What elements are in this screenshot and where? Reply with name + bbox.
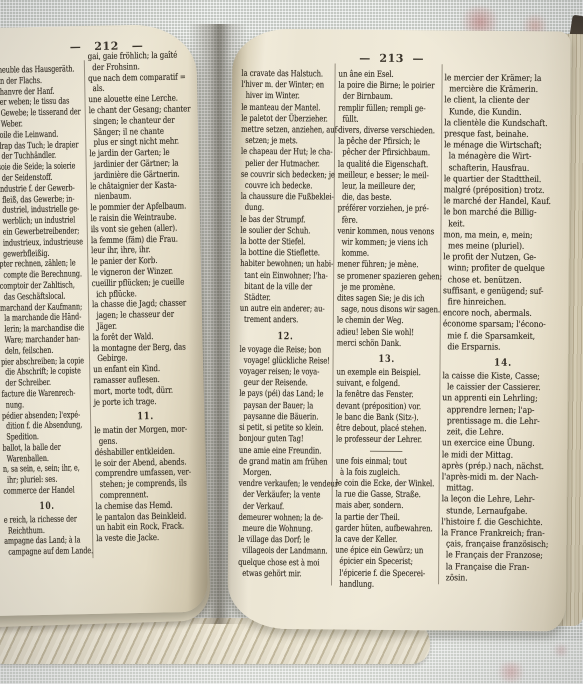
vocab-line: demeurer wohnen; la de- [238, 513, 330, 525]
section-rule [370, 450, 402, 452]
printed-text-layer: — 212 — meuble das Hausgeräth.lin der Fl… [0, 0, 583, 684]
vocab-line: une fois einmal; tout [336, 456, 437, 468]
vocab-line: voyage! glückliche Reise! [240, 356, 332, 368]
vocab-line: le Français der Franzose; [441, 551, 562, 563]
vocab-line: dung. [241, 203, 333, 215]
vocab-line: pêcher der Pfirsichbaum. [338, 148, 439, 160]
vocab-line: le manteau der Mantel. [241, 102, 333, 114]
vocab-line: villageois der Landmann. [238, 546, 330, 558]
vocab-line: meure die Wohnung. [238, 524, 330, 536]
vocab-line: le bon marché die Billig- [444, 208, 565, 220]
vocab-line: la Française die Fran- [441, 562, 562, 574]
vocab-line: bitant de la ville der [240, 282, 332, 294]
vocab-line: quelque chose est à moi [238, 557, 330, 569]
vocab-line: mie f. die Sparsamkeit, [443, 331, 564, 343]
vocab-line: le coin die Ecke, der Winkel. [336, 478, 437, 490]
vocab-line: suffisant, e genügend; suf- [443, 286, 564, 298]
vocab-line: prentissage m. die Lehr- [442, 416, 563, 428]
vocab-line: adieu! leben Sie wohl! [337, 327, 438, 339]
vocab-line: un apprenti ein Lehrling; [442, 394, 563, 406]
vocab-line: la fenêtre das Fenster. [336, 390, 437, 402]
vocab-line: couvre ich bedecke. [241, 181, 333, 193]
vocab-line: la qualité die Eigenschaft. [338, 159, 439, 171]
vocab-line: de grand matin am frühen [239, 457, 331, 469]
vocab-line: à la fois zugleich. [336, 467, 437, 479]
book-photo-scene: — 212 — meuble das Hausgeräth.lin der Fl… [0, 0, 583, 684]
vocab-line: économe sparsam; l'écono- [443, 320, 564, 332]
vocab-line: venir kommen, nous venons [337, 226, 438, 238]
vocab-line: la ménagère die Wirt- [444, 152, 565, 164]
vocab-line: le soulier der Schuh. [240, 226, 332, 238]
vocab-line: pelier der Hutmacher. [241, 159, 333, 171]
vocab-line: le professeur der Lehrer. [336, 435, 437, 447]
vocab-line: merci schön Dank. [337, 338, 438, 350]
vocab-line: paysan der Bauer; la [239, 401, 331, 413]
right-page-column-3: le mercier der Krämer; la mercière die K… [441, 73, 566, 585]
right-page-text-group: — 213 — la cravate das Halstuch.l'hiver … [0, 0, 583, 661]
vocab-line: bonjour guten Tag! [239, 434, 331, 446]
vocab-line: garder hüten, aufbewahren. [335, 523, 436, 535]
vocab-line: etwas gehört mir. [238, 569, 330, 581]
vocab-line: le quartier der Stadttheil. [444, 174, 565, 186]
vocab-line: stunde, Lernaufgabe. [441, 506, 562, 518]
right-page-column-1: la cravate das Halstuch.l'hiver m. der W… [238, 69, 333, 581]
vocab-line: après (prép.) nach, nächst. [442, 461, 563, 473]
vocab-line: le chapeau der Hut; le cha- [241, 147, 333, 159]
vocab-line: keit. [443, 219, 564, 231]
vocab-line: le banc die Bank (Sitz-). [336, 412, 437, 424]
section-number: 14. [443, 356, 564, 370]
vocab-line: paysanne die Bäuerin. [239, 412, 331, 424]
right-page-column-2: un âne ein Esel.la poire die Birne; le p… [335, 70, 439, 592]
vocab-line: le chemin der Weg. [337, 316, 438, 328]
vocab-line: mener führen; je mène. [337, 260, 438, 272]
vocab-line: der Birnbaum. [338, 92, 439, 104]
vocab-line: le paletot der Überzieher. [241, 114, 333, 126]
vocab-line: se promener spazieren gehen; [337, 271, 438, 283]
vocab-line: préférer vorziehen, je pré- [338, 204, 439, 216]
vocab-line: épicier ein Specerist; [335, 557, 436, 569]
vocab-line: fère. [338, 215, 439, 227]
vocab-line: devant (préposition) vor. [336, 401, 437, 413]
vocab-line: la cravate das Halstuch. [242, 69, 334, 81]
vocab-line: handlung. [335, 579, 436, 591]
vocab-line: der Verkäufer; la vente [239, 490, 331, 502]
section-number: 13. [337, 353, 438, 367]
vocab-line: zösin. [441, 573, 562, 585]
vocab-line: le bas der Strumpf. [241, 215, 333, 227]
vocab-line: la cave der Keller. [335, 534, 436, 546]
vocab-line: la clientèle die Kundschaft. [444, 118, 565, 130]
vocab-line: la partie der Theil. [335, 512, 436, 524]
vocab-line: le voyage die Reise; bon [240, 345, 332, 357]
vocab-line: mais aber, sondern. [336, 501, 437, 513]
vocab-line: mettre setzen, anziehen, auf- [241, 125, 333, 137]
vocab-line: je me promène. [337, 282, 438, 294]
section-number: 12. [240, 330, 332, 344]
vocab-line: füllt. [338, 114, 439, 126]
vocab-line: chose et. benützen. [443, 275, 564, 287]
vocab-line: schafterin, Hausfrau. [444, 163, 565, 175]
vocab-line: Kunde, die Kundin. [444, 107, 565, 119]
vocab-line: mon, ma mein, e, mein; [443, 230, 564, 242]
vocab-line: le midi der Mittag. [442, 450, 563, 462]
vocab-line: der Verkauf. [239, 501, 331, 513]
vocab-line: remplir füllen; rempli ge- [338, 103, 439, 115]
vocab-line: le client, la cliente der [444, 96, 565, 108]
vocab-line: la leçon die Lehre, Lehr- [442, 495, 563, 507]
vocab-line: winn; profiter de quelque [443, 264, 564, 276]
vocab-line: l'épicerie f. die Specerei- [335, 568, 436, 580]
vocab-line: Morgen. [239, 468, 331, 480]
vocab-line: meilleur, e besser; le meil- [338, 170, 439, 182]
vocab-line: le pays (péi) das Land; le [239, 389, 331, 401]
vocab-line: se couvrir sich bedecken; je [241, 170, 333, 182]
vocab-line: tant ein Einwohner; l'ha- [240, 271, 332, 283]
vocab-line: hiver im Winter. [241, 91, 333, 103]
vocab-line: apprendre lernen; l'ap- [442, 405, 563, 417]
vocab-line: un exercice eine Übung. [442, 439, 563, 451]
vocab-line: une amie eine Freundin. [239, 445, 331, 457]
vocab-line: die Ersparnis. [443, 342, 564, 354]
vocab-line: trement anders. [240, 315, 332, 327]
vocab-line: l'histoire f. die Geschichte. [441, 517, 562, 529]
vocab-line: habiter bewohnen; un habi- [240, 259, 332, 271]
